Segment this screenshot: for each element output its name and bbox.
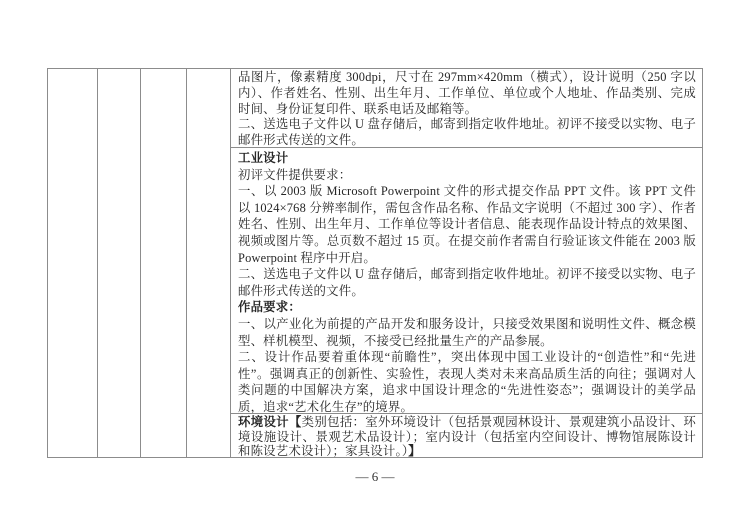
paragraph: 一、以产业化为前提的产品开发和服务设计，只接受效果图和说明性文件、概念模型、样机… (238, 316, 696, 349)
paragraph: 二、送选电子文件以 U 盘存储后，邮寄到指定收件地址。初评不接受以实物、电子邮件… (238, 266, 696, 299)
section-heading-work-requirements: 作品要求： (238, 299, 696, 316)
content-table: 品图片，像素精度 300dpi，尺寸在 297mm×420mm（横式），设计说明… (47, 68, 703, 458)
page-number: — 6 — (0, 469, 750, 485)
closing-bracket: 】 (408, 444, 421, 457)
table-text-column: 品图片，像素精度 300dpi，尺寸在 297mm×420mm（横式），设计说明… (231, 69, 702, 457)
table-row-industrial-design: 工业设计 初评文件提供要求： 一、以 2003 版 Microsoft Powe… (231, 148, 702, 414)
table-empty-column-4 (187, 69, 231, 457)
section-heading-industrial-design: 工业设计 (238, 150, 696, 167)
paragraph: 二、送选电子文件以 U 盘存储后，邮寄到指定收件地址。初评不接受以实物、电子邮件… (238, 117, 696, 148)
paragraph: 初评文件提供要求： (238, 167, 696, 184)
table-row-environment-design: 环境设计【类别包括：室外环境设计（包括景观园林设计、景观建筑小品设计、环境设施设… (231, 414, 702, 457)
table-row-continuation: 品图片，像素精度 300dpi，尺寸在 297mm×420mm（横式），设计说明… (231, 69, 702, 148)
document-page: 品图片，像素精度 300dpi，尺寸在 297mm×420mm（横式），设计说明… (0, 0, 750, 530)
section-heading-environment-design: 环境设计【 (238, 415, 302, 429)
paragraph: 品图片，像素精度 300dpi，尺寸在 297mm×420mm（横式），设计说明… (238, 70, 696, 117)
paragraph: 二、设计作品要着重体现“前瞻性”，突出体现中国工业设计的“创造性”和“先进性”。… (238, 349, 696, 414)
table-empty-column-3 (141, 69, 187, 457)
paragraph-text: 类别包括：室外环境设计（包括景观园林设计、景观建筑小品设计、环境设施设计、景观艺… (238, 415, 696, 457)
paragraph: 环境设计【类别包括：室外环境设计（包括景观园林设计、景观建筑小品设计、环境设施设… (238, 415, 696, 457)
table-empty-column-2 (98, 69, 141, 457)
table-empty-column-1 (48, 69, 98, 457)
paragraph: 一、以 2003 版 Microsoft Powerpoint 文件的形式提交作… (238, 183, 696, 266)
